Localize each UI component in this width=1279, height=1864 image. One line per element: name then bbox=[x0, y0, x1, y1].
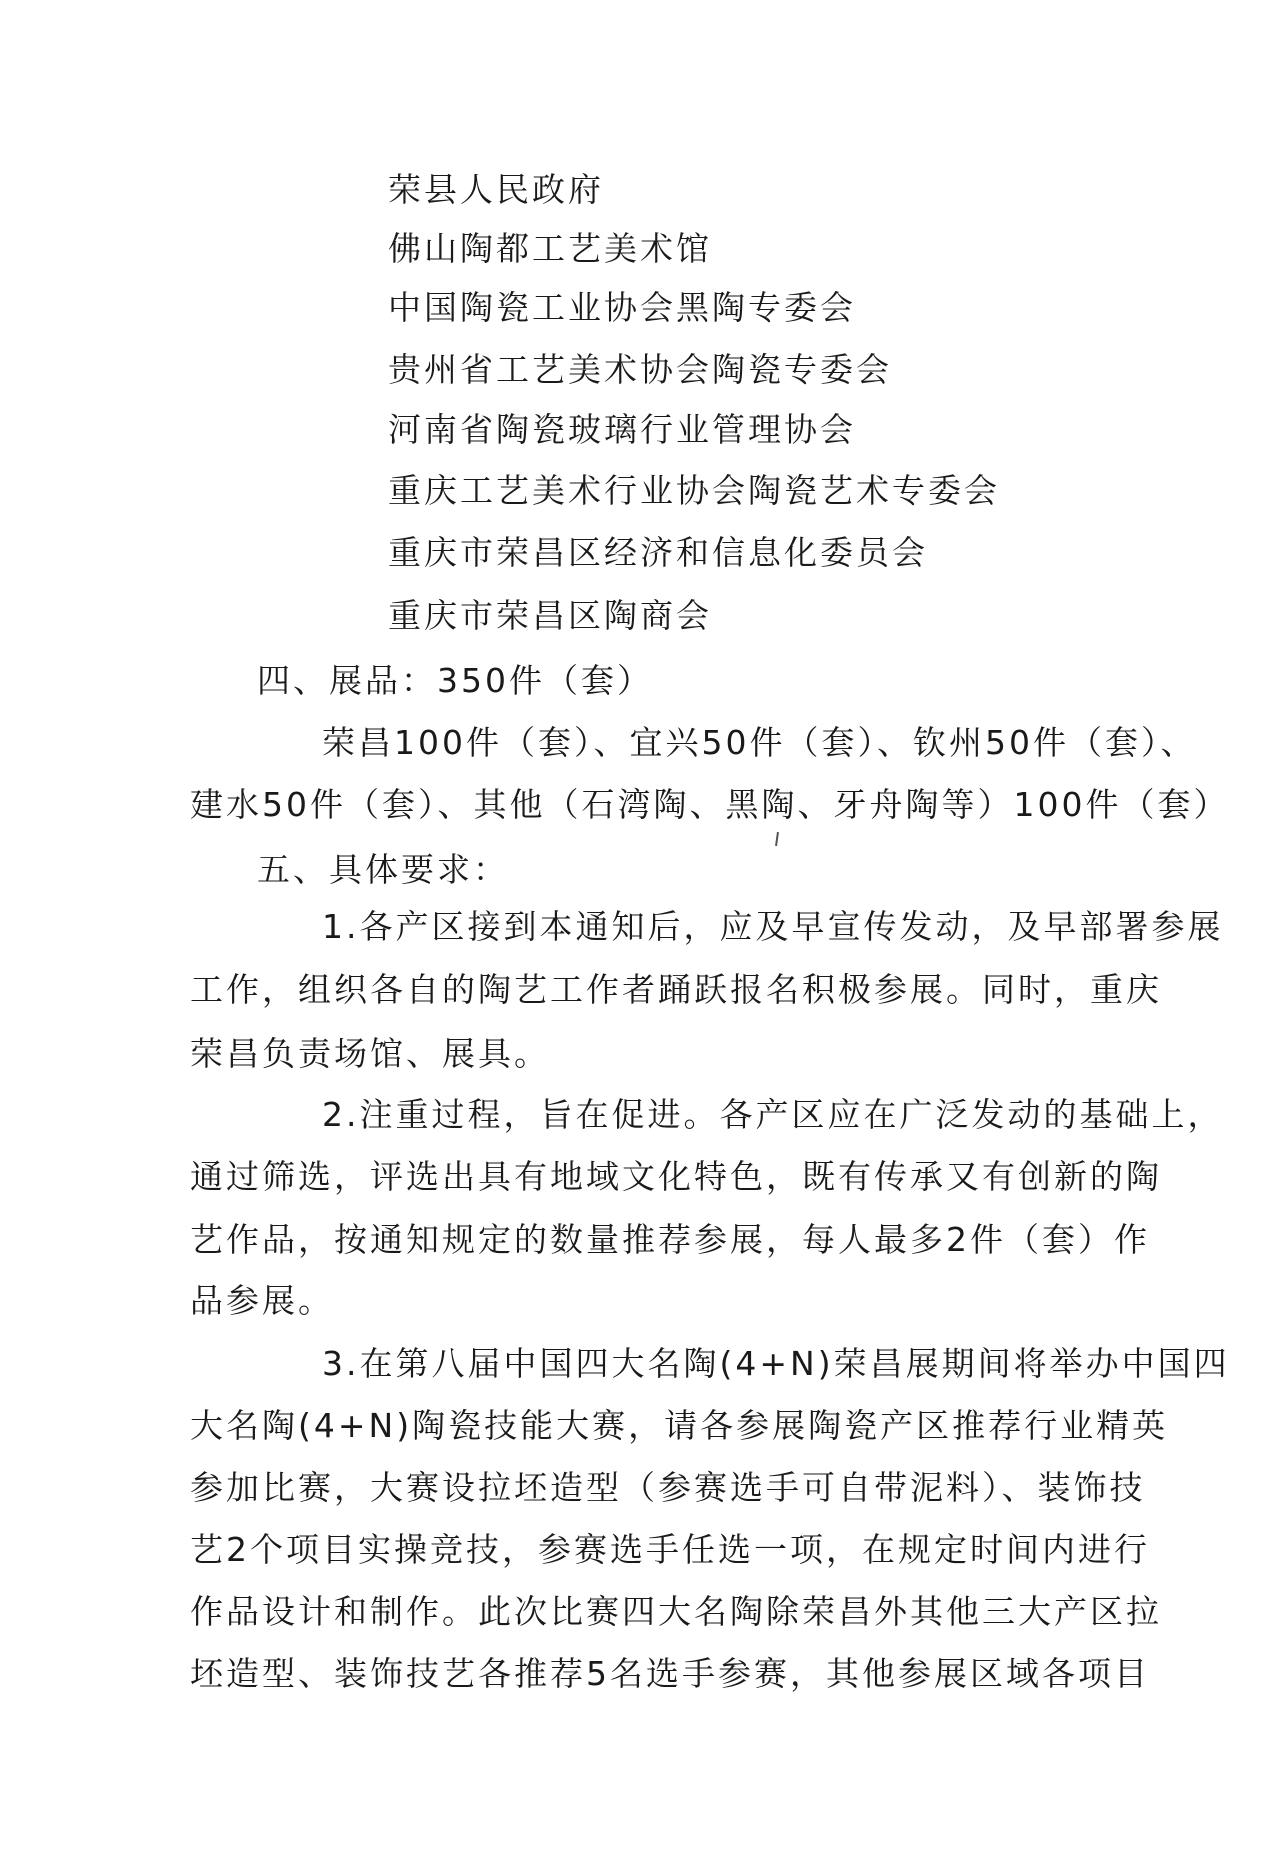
paragraph-line: 作品设计和制作。此次比赛四大名陶除荣昌外其他三大产区拉 bbox=[190, 1592, 1100, 1632]
paragraph-line: 艺2个项目实操竞技，参赛选手任选一项，在规定时间内进行 bbox=[190, 1530, 1100, 1570]
paragraph-line: 大名陶(4+N)陶瓷技能大赛，请各参展陶瓷产区推荐行业精英 bbox=[190, 1406, 1100, 1446]
paragraph-line: 坯造型、装饰技艺各推荐5名选手参赛，其他参展区域各项目 bbox=[190, 1654, 1100, 1694]
paragraph-line: 品参展。 bbox=[190, 1281, 1100, 1321]
paragraph-line: 荣昌负责场馆、展具。 bbox=[190, 1034, 1100, 1074]
paragraph-line: 工作，组织各自的陶艺工作者踊跃报名积极参展。同时，重庆 bbox=[190, 970, 1100, 1010]
organizer-line: 重庆工艺美术行业协会陶瓷艺术专委会 bbox=[388, 471, 1000, 511]
paragraph-line: 3.在第八届中国四大名陶(4+N)荣昌展期间将举办中国四 bbox=[322, 1344, 1100, 1384]
paragraph-line: 1.各产区接到本通知后，应及早宣传发动，及早部署参展 bbox=[322, 907, 1100, 947]
paragraph-line: 通过筛选，评选出具有地域文化特色，既有传承又有创新的陶 bbox=[190, 1157, 1100, 1197]
organizer-line: 重庆市荣昌区经济和信息化委员会 bbox=[388, 533, 928, 573]
section-heading-exhibits: 四、展品：350件（套） bbox=[257, 661, 653, 701]
organizer-line: 荣县人民政府 bbox=[388, 170, 604, 210]
section-heading-requirements: 五、具体要求： bbox=[257, 850, 509, 890]
paragraph-line: 艺作品，按通知规定的数量推荐参展，每人最多2件（套）作 bbox=[190, 1220, 1100, 1260]
organizer-line: 佛山陶都工艺美术馆 bbox=[388, 229, 712, 269]
organizer-line: 河南省陶瓷玻璃行业管理协会 bbox=[388, 410, 856, 450]
paragraph-line: 建水50件（套）、其他（石湾陶、黑陶、牙舟陶等）100件（套） bbox=[190, 785, 1100, 825]
organizer-line: 贵州省工艺美术协会陶瓷专委会 bbox=[388, 350, 892, 390]
paragraph-line: 参加比赛，大赛设拉坯造型（参赛选手可自带泥料）、装饰技 bbox=[190, 1468, 1100, 1508]
paragraph-line: 荣昌100件（套）、宜兴50件（套）、钦州50件（套）、 bbox=[322, 723, 1100, 763]
scan-mark bbox=[775, 832, 779, 846]
organizer-line: 中国陶瓷工业协会黑陶专委会 bbox=[388, 288, 856, 328]
paragraph-line: 2.注重过程，旨在促进。各产区应在广泛发动的基础上， bbox=[322, 1095, 1100, 1135]
organizer-line: 重庆市荣昌区陶商会 bbox=[388, 596, 712, 636]
